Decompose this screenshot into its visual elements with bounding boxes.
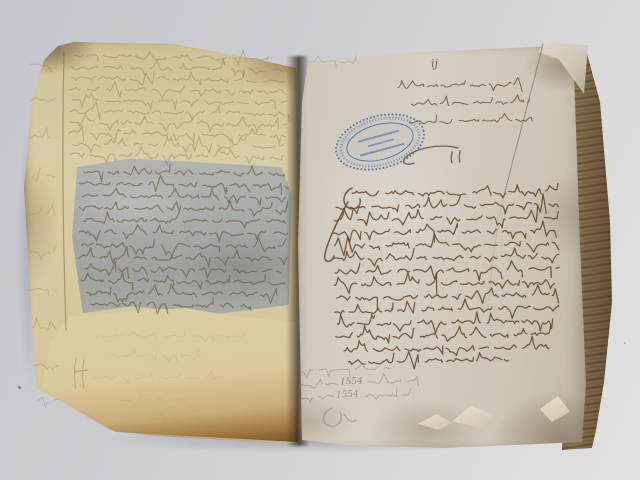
flap-h-mark: [74, 358, 88, 388]
folio-number-mark: ij: [431, 57, 439, 70]
script-body: [333, 183, 561, 370]
fold-line: [63, 52, 66, 330]
archive-stamp-icon: [330, 105, 430, 179]
script-left-top-script: [68, 48, 290, 167]
marginal-year: 1554: [336, 389, 359, 400]
marginal-year: 1554: [340, 376, 363, 387]
ink-overlay: [0, 0, 640, 480]
script-heading: [398, 77, 533, 125]
script-flap-marks: [92, 330, 246, 422]
script-patch-script: [79, 164, 288, 316]
photo-of-open-manuscript: ij 1554 1554: [0, 0, 640, 480]
note-flourish: [323, 408, 356, 426]
script-faded-note: [306, 56, 356, 67]
script-left-strip: [30, 63, 60, 408]
